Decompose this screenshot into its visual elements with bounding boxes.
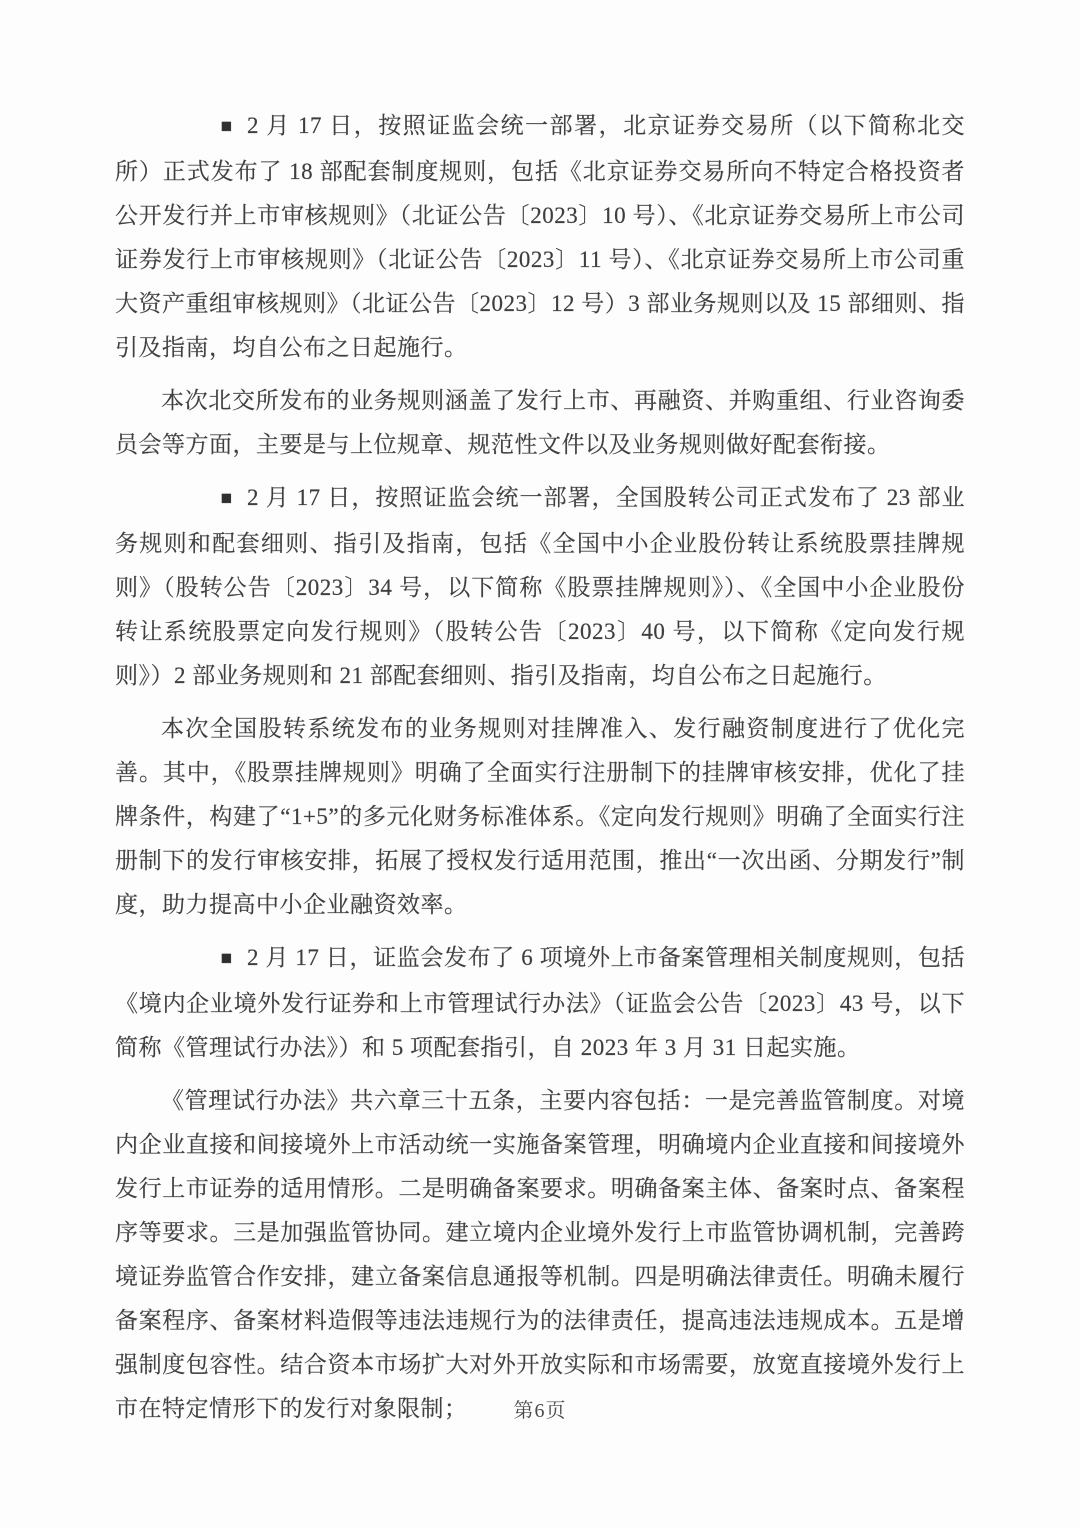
paragraph: 本次北交所发布的业务规则涵盖了发行上市、再融资、并购重组、行业咨询委员会等方面，… (115, 379, 965, 467)
square-bullet-icon: ■ (168, 937, 233, 981)
document-body: ■2 月 17 日，按照证监会统一部署，北京证券交易所（以下简称北交所）正式发布… (115, 104, 965, 1440)
paragraph: 《管理试行办法》共六章三十五条，主要内容包括：一是完善监管制度。对境内企业直接和… (115, 1079, 965, 1431)
paragraph-text: 2 月 17 日，按照证监会统一部署，全国股转公司正式发布了 23 部业务规则和… (115, 485, 965, 688)
square-bullet-icon: ■ (168, 477, 233, 521)
paragraph: 本次全国股转系统发布的业务规则对挂牌准入、发行融资制度进行了优化完善。其中，《股… (115, 707, 965, 927)
paragraph: ■2 月 17 日，证监会发布了 6 项境外上市备案管理相关制度规则，包括《境内… (115, 936, 965, 1070)
paragraph: ■2 月 17 日，按照证监会统一部署，北京证券交易所（以下简称北交所）正式发布… (115, 104, 965, 370)
paragraph: ■2 月 17 日，按照证监会统一部署，全国股转公司正式发布了 23 部业务规则… (115, 476, 965, 698)
paragraph-text: 本次北交所发布的业务规则涵盖了发行上市、再融资、并购重组、行业咨询委员会等方面，… (115, 388, 965, 457)
paragraph-text: 2 月 17 日，证监会发布了 6 项境外上市备案管理相关制度规则，包括《境内企… (115, 945, 965, 1060)
paragraph-text: 本次全国股转系统发布的业务规则对挂牌准入、发行融资制度进行了优化完善。其中，《股… (115, 716, 965, 917)
page-number: 第6页 (0, 1396, 1080, 1426)
paragraph-text: 2 月 17 日，按照证监会统一部署，北京证券交易所（以下简称北交所）正式发布了… (115, 113, 965, 360)
square-bullet-icon: ■ (168, 105, 233, 149)
paragraph-text: 《管理试行办法》共六章三十五条，主要内容包括：一是完善监管制度。对境内企业直接和… (115, 1088, 965, 1421)
document-page: ■2 月 17 日，按照证监会统一部署，北京证券交易所（以下简称北交所）正式发布… (0, 0, 1080, 1527)
